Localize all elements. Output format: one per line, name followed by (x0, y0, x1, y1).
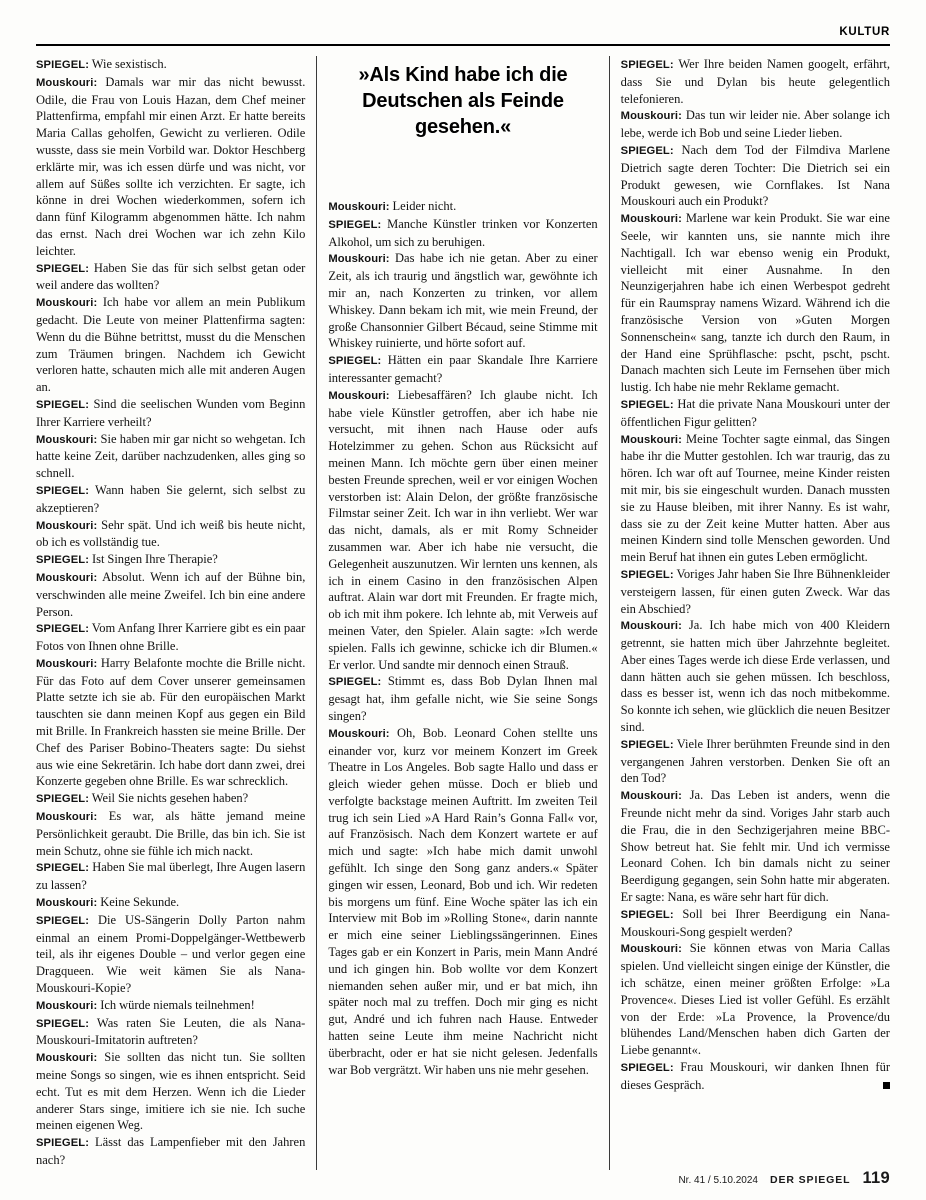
interview-paragraph: Mouskouri: Keine Sekunde. (36, 894, 305, 912)
interview-paragraph: Mouskouri: Meine Tochter sagte einmal, d… (621, 431, 890, 566)
interview-paragraph: SPIEGEL: Wie sexistisch. (36, 56, 305, 74)
speaker-label: SPIEGEL: (36, 263, 89, 275)
interview-paragraph: SPIEGEL: Wer Ihre beiden Namen googelt, … (621, 56, 890, 107)
interview-paragraph: Mouskouri: Liebesaffären? Ich glaube nic… (328, 387, 597, 674)
interview-paragraph: SPIEGEL: Hätten ein paar Skandale Ihre K… (328, 352, 597, 387)
interview-paragraph: SPIEGEL: Weil Sie nichts gesehen haben? (36, 790, 305, 808)
speaker-label: SPIEGEL: (36, 1018, 89, 1030)
interview-paragraph: SPIEGEL: Was raten Sie Leuten, die als N… (36, 1015, 305, 1050)
interview-paragraph: SPIEGEL: Ist Singen Ihre Therapie? (36, 551, 305, 569)
speaker-label: SPIEGEL: (36, 623, 89, 635)
text-column-3: SPIEGEL: Wer Ihre beiden Namen googelt, … (621, 56, 890, 1170)
speaker-label: Mouskouri: (621, 943, 682, 955)
interview-paragraph: SPIEGEL: Lässt das Lampenfieber mit den … (36, 1134, 305, 1169)
interview-paragraph: Mouskouri: Das habe ich nie getan. Aber … (328, 250, 597, 352)
section-label: KULTUR (839, 26, 890, 38)
interview-paragraph: SPIEGEL: Wann haben Sie gelernt, sich se… (36, 482, 305, 517)
interview-paragraph: Mouskouri: Absolut. Wenn ich auf der Büh… (36, 569, 305, 620)
speaker-label: SPIEGEL: (328, 219, 381, 231)
magazine-name: DER SPIEGEL (770, 1174, 851, 1186)
speaker-label: SPIEGEL: (621, 59, 674, 71)
speaker-label: SPIEGEL: (328, 676, 381, 688)
speaker-label: SPIEGEL: (621, 569, 674, 581)
interview-paragraph: Mouskouri: Das tun wir leider nie. Aber … (621, 107, 890, 142)
interview-paragraph: Mouskouri: Harry Belafonte mochte die Br… (36, 655, 305, 790)
speaker-label: SPIEGEL: (621, 1062, 674, 1074)
interview-paragraph: Mouskouri: Damals war mir das nicht bewu… (36, 74, 305, 260)
speaker-label: SPIEGEL: (36, 793, 89, 805)
page-number: 119 (862, 1169, 890, 1188)
interview-paragraph: Mouskouri: Oh, Bob. Leonard Cohen stellt… (328, 725, 597, 1079)
text-column-1: SPIEGEL: Wie sexistisch.Mouskouri: Damal… (36, 56, 305, 1170)
speaker-label: Mouskouri: (621, 110, 682, 122)
speaker-label: Mouskouri: (621, 790, 682, 802)
speaker-label: Mouskouri: (36, 297, 97, 309)
speaker-label: Mouskouri: (36, 1000, 97, 1012)
interview-paragraph: Mouskouri: Sehr spät. Und ich weiß bis h… (36, 517, 305, 552)
issue-info: Nr. 41 / 5.10.2024 (678, 1175, 758, 1186)
speaker-label: SPIEGEL: (328, 355, 381, 367)
interview-paragraph: SPIEGEL: Manche Künstler trinken vor Kon… (328, 216, 597, 251)
speaker-label: SPIEGEL: (621, 399, 674, 411)
speaker-label: Mouskouri: (36, 572, 97, 584)
pull-quote: »Als Kind habe ich die Deutschen als Fei… (328, 62, 597, 140)
column-divider (316, 56, 317, 1170)
interview-paragraph: SPIEGEL: Hat die private Nana Mouskouri … (621, 396, 890, 431)
speaker-label: SPIEGEL: (621, 145, 674, 157)
page-footer: Nr. 41 / 5.10.2024 DER SPIEGEL 119 (678, 1169, 890, 1188)
column-body: Mouskouri: Leider nicht.SPIEGEL: Manche … (328, 198, 597, 1078)
interview-paragraph: SPIEGEL: Viele Ihrer berühmten Freunde s… (621, 736, 890, 787)
speaker-label: Mouskouri: (621, 213, 682, 225)
text-column-2: »Als Kind habe ich die Deutschen als Fei… (328, 56, 597, 1170)
speaker-label: Mouskouri: (328, 728, 389, 740)
interview-paragraph: Mouskouri: Ich würde niemals teilnehmen! (36, 997, 305, 1015)
speaker-label: Mouskouri: (621, 620, 682, 632)
interview-paragraph: Mouskouri: Sie haben mir gar nicht so we… (36, 431, 305, 482)
interview-paragraph: SPIEGEL: Soll bei Ihrer Beerdigung ein N… (621, 906, 890, 941)
interview-paragraph: Mouskouri: Sie sollten das nicht tun. Si… (36, 1049, 305, 1134)
interview-paragraph: SPIEGEL: Die US-Sängerin Dolly Parton na… (36, 912, 305, 997)
end-mark-square (883, 1082, 890, 1089)
speaker-label: SPIEGEL: (36, 862, 89, 874)
speaker-label: Mouskouri: (328, 253, 389, 265)
interview-paragraph: SPIEGEL: Sind die seelischen Wunden vom … (36, 396, 305, 431)
speaker-label: Mouskouri: (328, 390, 389, 402)
speaker-label: Mouskouri: (328, 201, 389, 213)
speaker-label: Mouskouri: (621, 434, 682, 446)
column-body: SPIEGEL: Wie sexistisch.Mouskouri: Damal… (36, 56, 305, 1169)
interview-paragraph: SPIEGEL: Stimmt es, dass Bob Dylan Ihnen… (328, 673, 597, 724)
speaker-label: SPIEGEL: (36, 915, 89, 927)
speaker-label: SPIEGEL: (36, 399, 89, 411)
speaker-label: SPIEGEL: (621, 909, 674, 921)
speaker-label: SPIEGEL: (36, 554, 89, 566)
article-columns: SPIEGEL: Wie sexistisch.Mouskouri: Damal… (36, 56, 890, 1170)
interview-paragraph: Mouskouri: Es war, als hätte jemand mein… (36, 808, 305, 859)
speaker-label: Mouskouri: (36, 520, 97, 532)
speaker-label: Mouskouri: (36, 658, 97, 670)
speaker-label: Mouskouri: (36, 811, 97, 823)
speaker-label: Mouskouri: (36, 1052, 97, 1064)
speaker-label: Mouskouri: (36, 434, 97, 446)
speaker-label: SPIEGEL: (621, 739, 674, 751)
interview-paragraph: Mouskouri: Marlene war kein Produkt. Sie… (621, 210, 890, 396)
interview-paragraph: Mouskouri: Leider nicht. (328, 198, 597, 216)
speaker-label: Mouskouri: (36, 897, 97, 909)
header-rule (36, 44, 890, 46)
speaker-label: Mouskouri: (36, 77, 97, 89)
interview-paragraph: SPIEGEL: Voriges Jahr haben Sie Ihre Büh… (621, 566, 890, 617)
interview-paragraph: SPIEGEL: Vom Anfang Ihrer Karriere gibt … (36, 620, 305, 655)
magazine-page: KULTUR SPIEGEL: Wie sexistisch.Mouskouri… (0, 0, 926, 1200)
interview-paragraph: SPIEGEL: Nach dem Tod der Filmdiva Marle… (621, 142, 890, 210)
interview-paragraph: Mouskouri: Ich habe vor allem an mein Pu… (36, 294, 305, 396)
speaker-label: SPIEGEL: (36, 485, 89, 497)
interview-paragraph: SPIEGEL: Frau Mouskouri, wir danken Ihne… (621, 1059, 890, 1094)
speaker-label: SPIEGEL: (36, 59, 89, 71)
speaker-label: SPIEGEL: (36, 1137, 89, 1149)
interview-paragraph: Mouskouri: Ja. Das Leben ist anders, wen… (621, 787, 890, 906)
column-body: SPIEGEL: Wer Ihre beiden Namen googelt, … (621, 56, 890, 1094)
column-divider (609, 56, 610, 1170)
interview-paragraph: SPIEGEL: Haben Sie mal überlegt, Ihre Au… (36, 859, 305, 894)
interview-paragraph: SPIEGEL: Haben Sie das für sich selbst g… (36, 260, 305, 295)
interview-paragraph: Mouskouri: Sie können etwas von Maria Ca… (621, 940, 890, 1059)
interview-paragraph: Mouskouri: Ja. Ich habe mich von 400 Kle… (621, 617, 890, 736)
